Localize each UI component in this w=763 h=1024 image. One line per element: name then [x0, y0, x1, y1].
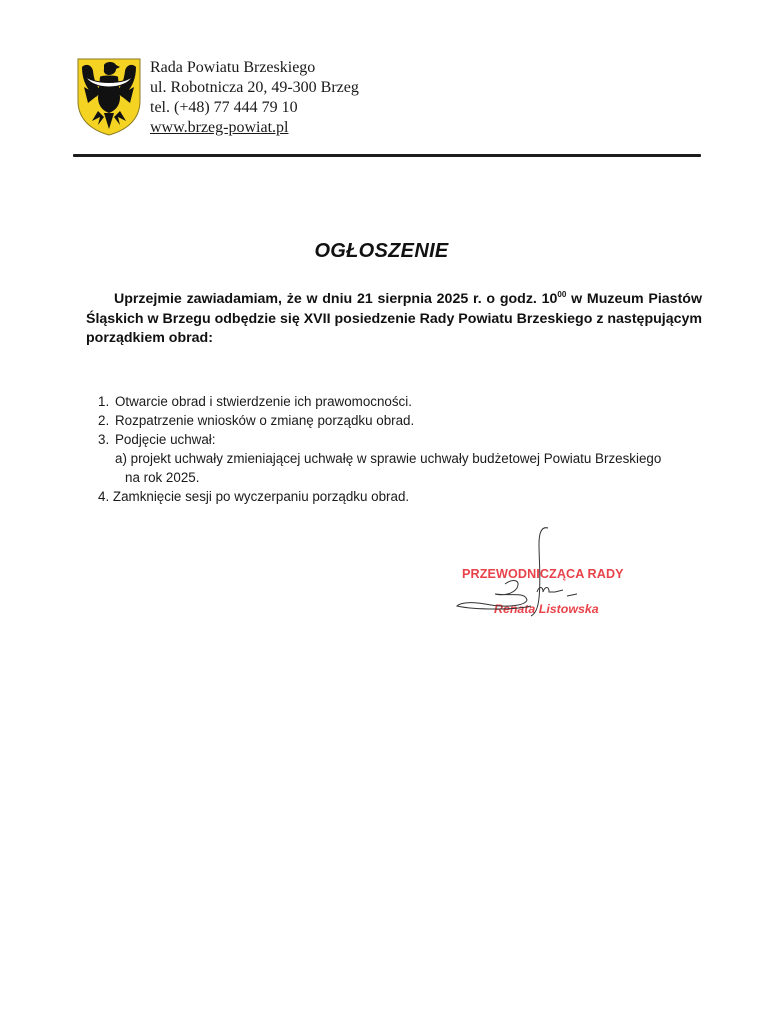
agenda-subitem: a) projekt uchwały zmieniającej uchwałę …: [98, 449, 718, 468]
header-divider: [73, 154, 701, 157]
organization-name: Rada Powiatu Brzeskiego: [150, 58, 359, 78]
eagle-coat-of-arms-icon: [76, 57, 142, 137]
time-superscript: 00: [557, 290, 566, 299]
agenda-item: 3.Podjęcie uchwał:: [98, 430, 718, 449]
agenda-subitem-continuation: na rok 2025.: [98, 468, 718, 487]
announcement-intro: Uprzejmie zawiadamiam, że w dniu 21 sier…: [86, 285, 702, 349]
organization-address: ul. Robotnicza 20, 49-300 Brzeg: [150, 78, 359, 98]
document-page: Rada Powiatu Brzeskiego ul. Robotnicza 2…: [0, 0, 763, 1024]
signature-role: PRZEWODNICZĄCA RADY: [462, 567, 624, 581]
agenda-item: 4. Zamknięcie sesji po wyczerpaniu porzą…: [98, 487, 718, 506]
agenda-item: 1.Otwarcie obrad i stwierdzenie ich praw…: [98, 392, 718, 411]
organization-phone: tel. (+48) 77 444 79 10: [150, 98, 359, 118]
intro-part1: Uprzejmie zawiadamiam, że w dniu 21 sier…: [114, 291, 557, 307]
agenda-item: 2.Rozpatrzenie wniosków o zmianę porządk…: [98, 411, 718, 430]
signature-name: Renata Listowska: [494, 602, 599, 616]
agenda-list: 1.Otwarcie obrad i stwierdzenie ich praw…: [98, 392, 718, 506]
letterhead: Rada Powiatu Brzeskiego ul. Robotnicza 2…: [150, 58, 359, 138]
website-link[interactable]: www.brzeg-powiat.pl: [150, 118, 359, 138]
document-title: OGŁOSZENIE: [0, 240, 763, 263]
